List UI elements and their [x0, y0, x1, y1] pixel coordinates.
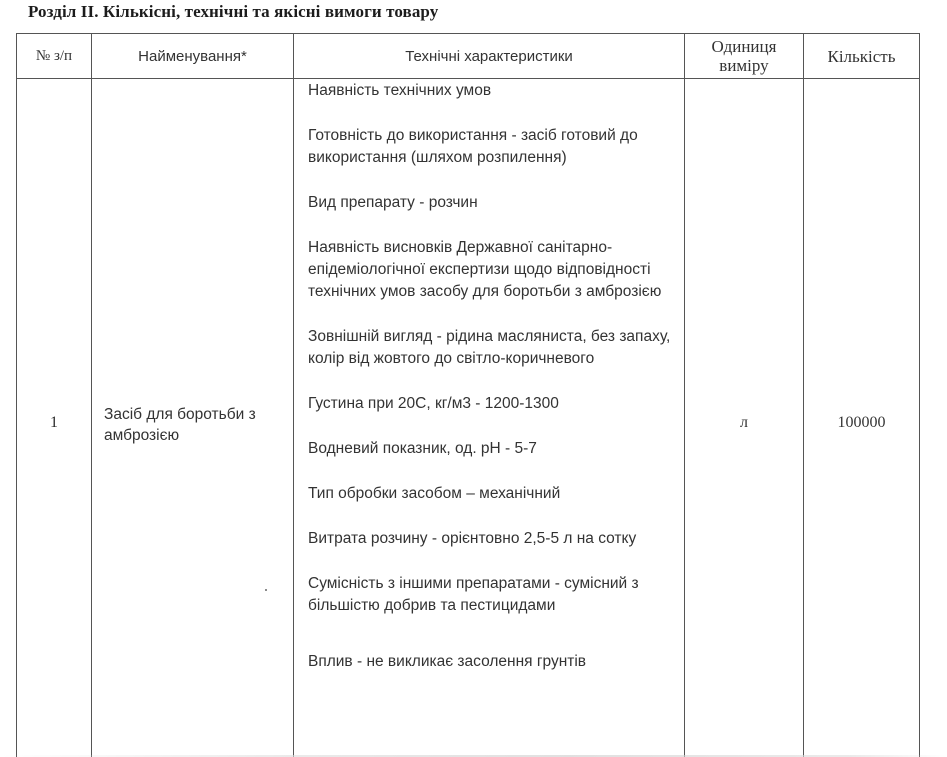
characteristic-item: Готовність до використання - засіб готов… — [308, 125, 678, 169]
header-unit-line2: виміру — [719, 56, 768, 75]
characteristic-item: Вплив - не викликає засолення грунтів — [308, 651, 678, 673]
header-unit: Одиниця виміру — [685, 34, 804, 79]
row-characteristics: Наявність технічних умовГотовність до ви… — [294, 79, 685, 757]
header-technical: Технічні характеристики — [294, 34, 685, 79]
header-name: Найменування* — [92, 34, 294, 79]
characteristic-item: Густина при 20С, кг/м3 - 1200-1300 — [308, 393, 678, 415]
scan-artifact-dot — [265, 589, 267, 591]
characteristic-item: Наявність технічних умов — [308, 80, 678, 102]
row-name: Засіб для боротьби з амброзією — [92, 79, 294, 757]
header-number: № з/п — [17, 34, 92, 79]
characteristic-item: Витрата розчину - орієнтовно 2,5-5 л на … — [308, 528, 678, 550]
characteristic-item: Вид препарату - розчин — [308, 192, 678, 214]
row-number: 1 — [17, 79, 92, 757]
characteristic-item: Наявність висновків Державної санітарно-… — [308, 237, 678, 303]
characteristic-item: Зовнішній вигляд - рідина масляниста, бе… — [308, 326, 678, 370]
header-quantity: Кількість — [804, 34, 920, 79]
row-quantity: 100000 — [804, 79, 920, 757]
characteristic-item: Водневий показник, од. рН - 5-7 — [308, 438, 678, 460]
header-unit-line1: Одиниця — [712, 37, 777, 56]
table-header-row: № з/п Найменування* Технічні характерист… — [17, 34, 920, 79]
requirements-table: № з/п Найменування* Технічні характерист… — [16, 33, 920, 757]
characteristic-item: Сумісність з іншими препаратами - сумісн… — [308, 573, 678, 617]
table-row: 1 Засіб для боротьби з амброзією Наявніс… — [17, 79, 920, 757]
row-unit: л — [685, 79, 804, 757]
section-title: Розділ ІІ. Кількісні, технічні та якісні… — [28, 2, 438, 22]
characteristic-item: Тип обробки засобом – механічний — [308, 483, 678, 505]
characteristics-list: Наявність технічних умовГотовність до ви… — [294, 80, 684, 673]
